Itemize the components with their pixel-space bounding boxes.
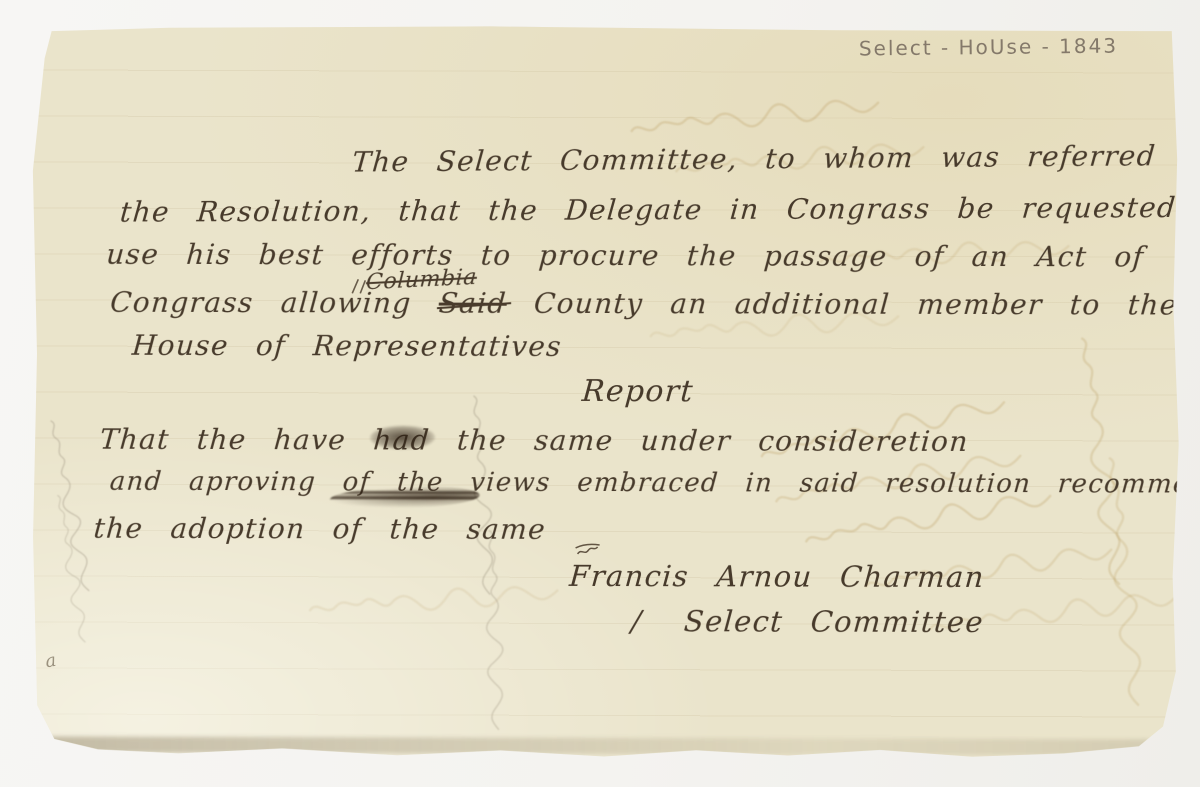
line6-blotted-word: had [372,423,431,456]
report-heading: Report [581,374,695,409]
report-line-1: The Select Committee, to whom was referr… [351,139,1157,178]
signature-title: Select Committee [683,604,985,639]
report-line-8: the adoption of the same [92,512,547,546]
report-line-3: use his best efforts to procure the pass… [105,238,1145,274]
report-line-2: the Resolution, that the Delegate in Con… [119,191,1200,229]
line6-text-post: the same under consideretion [456,424,970,458]
pencil-margin-mark: a [44,650,58,673]
line4-struck-word: Said [438,287,508,320]
report-line-7: and aproving of the views embraced in sa… [109,467,1200,500]
signature-slash: / [630,604,644,638]
line6-text-pre: That the have [99,423,348,457]
line7-text-post: embraced in said resolution recommend [576,468,1200,500]
signature-title-line: / Select Committee [630,604,985,639]
document-page: Select - HoUse - 1843 The Select Committ… [29,24,1181,759]
report-line-4: Congrass allowing Said County an additio… [109,286,1179,322]
line4-text-post: County an additional member to the [533,287,1179,322]
line7-text-pre: and aproving of [109,467,372,498]
report-line-6: That the have had the same under conside… [99,423,970,458]
signature-name: Francis Arnou Charman [568,559,986,594]
archival-annotation: Select - HoUse - 1843 [859,34,1118,61]
report-line-5: House of Representatives [131,329,563,363]
